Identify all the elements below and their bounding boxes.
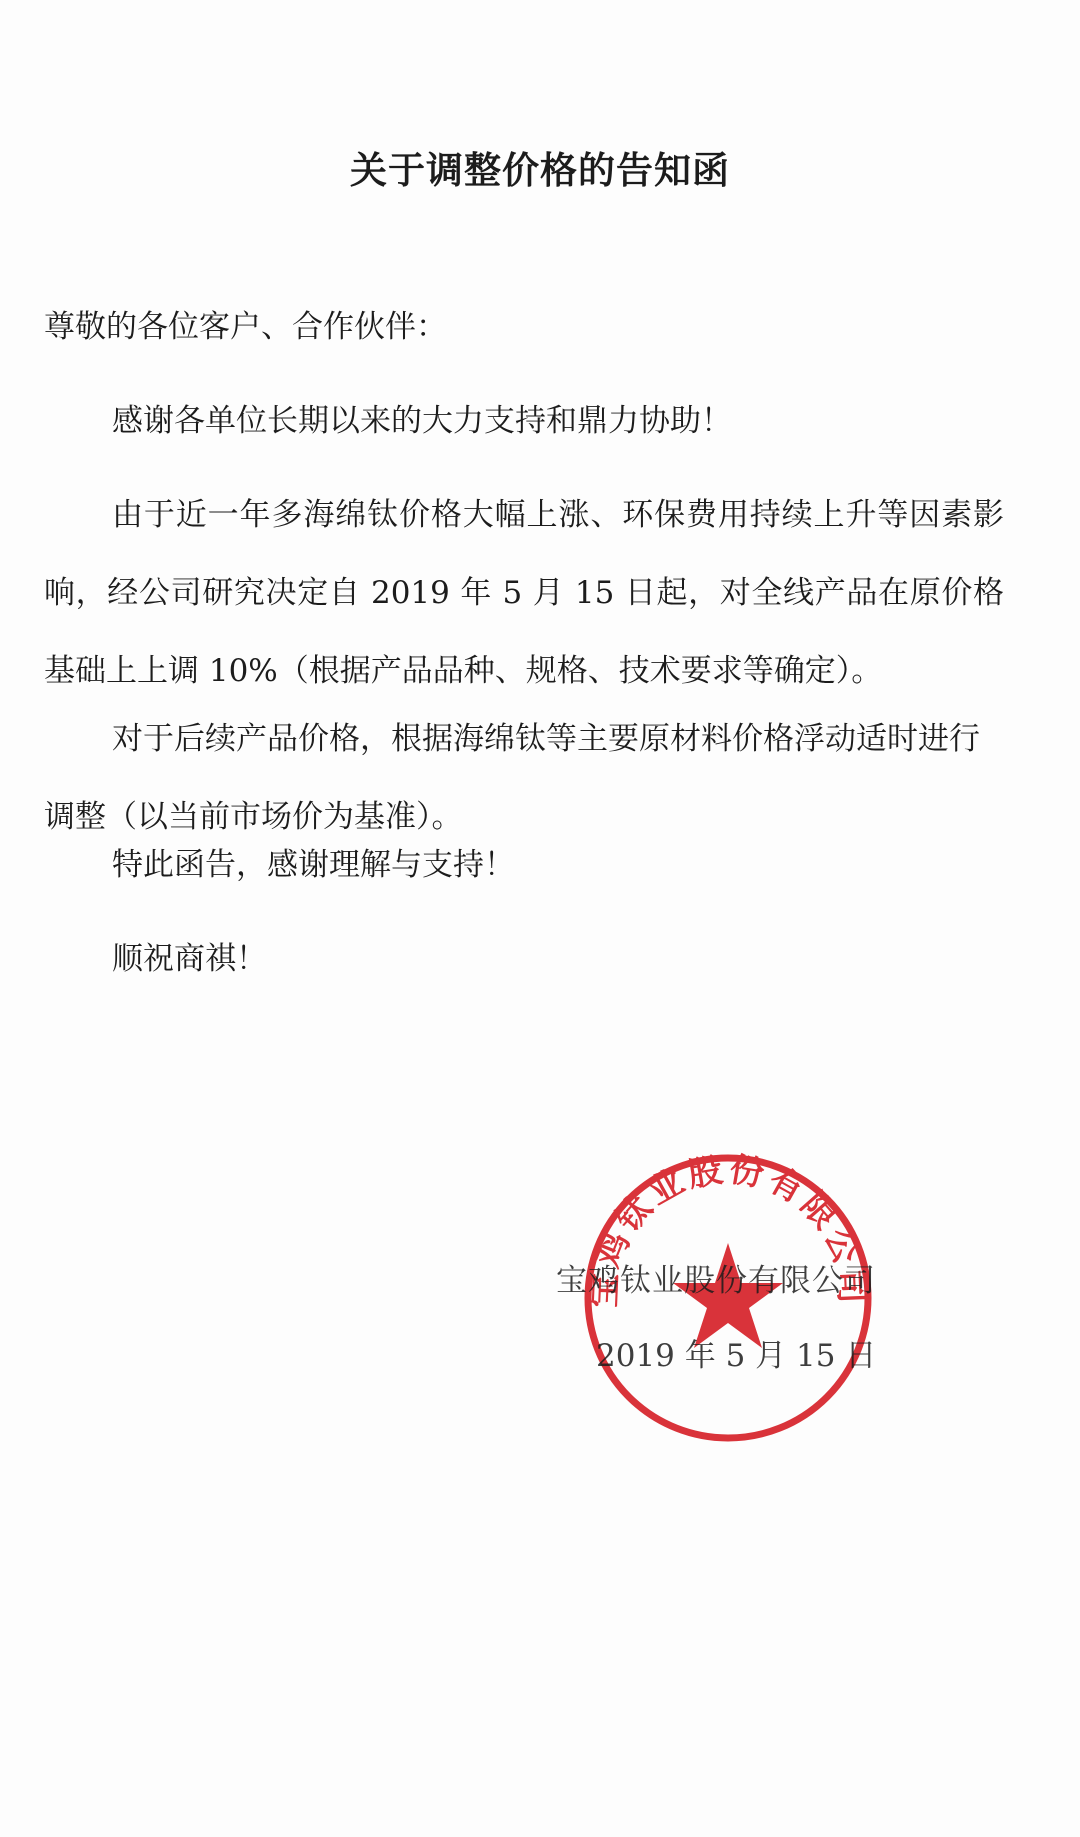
- signature-company: 宝鸡钛业股份有限公司: [556, 1255, 876, 1300]
- paragraph-thanks: 感谢各单位长期以来的大力支持和鼎力协助！: [44, 382, 1044, 460]
- signature-date: 2019 年 5 月 15 日: [596, 1330, 876, 1375]
- paragraph-closing: 顺祝商祺！: [44, 920, 1044, 998]
- paragraph-notice: 特此函告，感谢理解与支持！: [44, 826, 1044, 904]
- document-title: 关于调整价格的告知函: [0, 140, 1080, 194]
- paragraph-price-adjustment: 由于近一年多海绵钛价格大幅上涨、环保费用持续上升等因素影响，经公司研究决定自 2…: [44, 476, 1004, 710]
- salutation: 尊敬的各位客户、合作伙伴：: [44, 288, 1044, 366]
